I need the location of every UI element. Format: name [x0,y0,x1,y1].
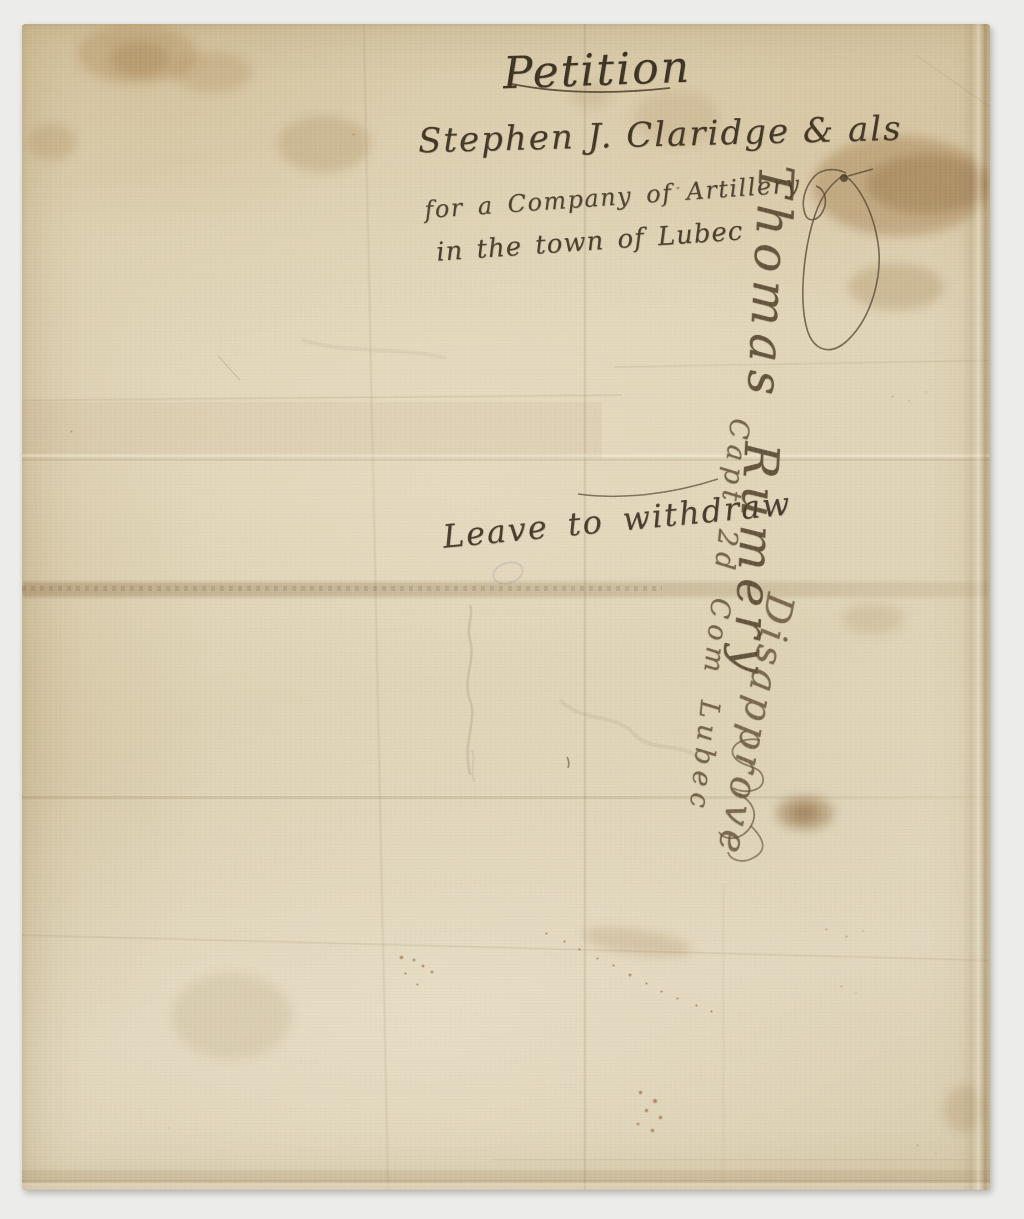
rust-speck [916,1144,919,1147]
stain [172,974,292,1059]
rust-speck [412,958,416,962]
rust-speck [710,1010,713,1013]
petition-heading: Petition [502,43,692,100]
stain [944,1086,984,1132]
ink-flourish-loop [803,170,846,220]
stain [867,154,987,214]
stain [581,921,694,962]
crease-vertical-right-lower [722,884,725,1190]
crease-horizontal-5 [22,933,990,961]
rust-speck [855,992,857,994]
rust-speck [578,948,581,951]
rust-speck [596,957,599,960]
rust-speck [840,985,843,988]
crease-horizontal-1-left [22,393,622,401]
stain [812,136,990,236]
scratch-mark [218,356,240,380]
subject-line-2: in the town of Lubec [435,217,744,268]
crease-vertical-left [362,24,390,1190]
rust-speck [676,997,679,1000]
right-edge-fold-lip [962,24,990,1190]
corner-crease-top-right [915,54,990,114]
ink-flourish-loop [803,175,879,350]
faint-pencil-mark [472,750,474,782]
ink-tick [567,757,569,768]
crease-bottom-fold [22,1180,990,1183]
rust-speck [925,391,927,393]
rust-speck [168,1127,170,1129]
crease-horizontal-2 [22,458,990,461]
crease-band-3 [22,582,990,597]
crease-grime-3 [22,586,662,591]
rust-speck [636,1122,640,1126]
stain [278,116,370,172]
rust-speck [644,1108,649,1113]
rust-speck [638,1090,643,1095]
rust-speck [399,955,404,960]
ink-blot [840,174,848,182]
rust-speck [421,964,425,968]
ink-dash [848,169,873,176]
rust-speck [650,1128,655,1133]
rust-speck [404,972,407,975]
stain [77,24,197,84]
rust-speck [628,973,632,977]
rust-speck [652,1098,658,1104]
petitioner-line: Stephen J. Claridge & als [418,110,903,162]
crease-highlight [22,454,990,457]
rust-speck [862,930,864,932]
rust-speck [695,1004,698,1007]
paper-sheet: Petition Stephen J. Claridge & als for a… [22,24,990,1190]
rust-speck [70,430,73,433]
faint-pencil-mark [467,605,472,775]
stain [110,42,170,76]
rust-speck [825,928,828,931]
rust-speck [430,970,434,974]
rust-speck [891,395,894,398]
rust-speck [658,1115,663,1120]
stain [28,124,76,160]
rust-speck [908,400,910,402]
scanned-document-photo: Petition Stephen J. Claridge & als for a… [0,0,1024,1219]
crease-horizontal-4 [22,796,990,799]
fold-shade-band [22,402,602,458]
show-through-mark [560,700,702,760]
rust-speck [645,982,648,985]
rust-speck [845,935,848,938]
embossed-seal-mark [491,559,526,587]
stain [790,804,818,822]
stain [842,604,904,634]
rust-speck [545,932,548,935]
crease-horizontal-1-right [614,359,990,369]
rust-speck [660,990,663,993]
stain [776,796,834,830]
rust-speck [416,983,419,986]
stain [848,264,944,310]
rust-speck [352,133,355,136]
bottom-fold-shade [22,1170,990,1180]
rust-speck [563,940,566,943]
stain [172,52,252,92]
rust-speck [935,1153,937,1155]
show-through-mark [302,340,446,358]
bottom-fold-highlight [22,1183,990,1190]
crease-horizontal-6 [492,1158,990,1161]
rust-speck [612,964,615,967]
